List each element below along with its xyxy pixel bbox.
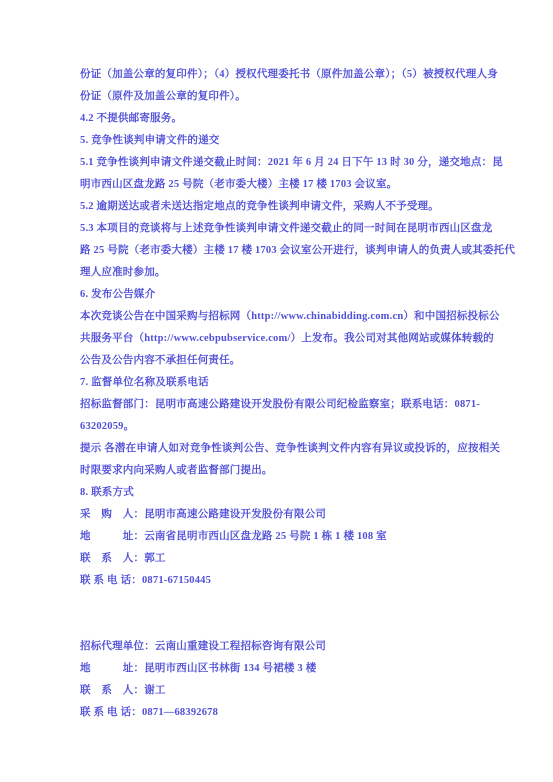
notice-line-2: 时限要求内向采购人或者监督部门提出。 xyxy=(80,460,480,482)
section-6-heading: 6. 发布公告媒介 xyxy=(80,284,480,306)
supervision-dept-line-1: 招标监督部门：昆明市高速公路建设开发股份有限公司纪检监察室；联系电话：0871- xyxy=(80,394,480,416)
announcement-media-line-1: 本次竞谈公告在中国采购与招标网（http://www.chinabidding.… xyxy=(80,306,480,328)
announcement-media-line-2: 共服务平台（http://www.cebpubservice.com/）上发布。… xyxy=(80,328,480,350)
clause-5-2: 5.2 逾期送达或者未送达指定地点的竞争性谈判申请文件，采购人不予受理。 xyxy=(80,196,480,218)
document-page: 份证（加盖公章的复印件）；（4）授权代理委托书（原件加盖公章）；（5）被授权代理… xyxy=(0,0,553,782)
supervision-dept-line-2: 63202059。 xyxy=(80,416,480,438)
clause-5-3-line-2: 路 25 号院（老市委大楼）主楼 17 楼 1703 会议室公开进行，谈判申请人… xyxy=(80,240,480,262)
clause-5-1-line-2: 明市西山区盘龙路 25 号院（老市委大楼）主楼 17 楼 1703 会议室。 xyxy=(80,174,480,196)
document-body: 份证（加盖公章的复印件）；（4）授权代理委托书（原件加盖公章）；（5）被授权代理… xyxy=(80,64,480,724)
section-5-heading: 5. 竞争性谈判申请文件的递交 xyxy=(80,130,480,152)
section-7-heading: 7. 监督单位名称及联系电话 xyxy=(80,372,480,394)
purchaser-contact: 联 系 人：郭工 xyxy=(80,548,480,570)
agent-address: 地 址：昆明市西山区书林街 134 号裙楼 3 楼 xyxy=(80,658,480,680)
notice-line-1: 提示 各潜在申请人如对竞争性谈判公告、竞争性谈判文件内容有异议或投诉的，应按相关 xyxy=(80,438,480,460)
clause-5-3-line-3: 理人应准时参加。 xyxy=(80,262,480,284)
purchaser-phone: 联 系 电 话：0871-67150445 xyxy=(80,570,480,592)
section-8-heading: 8. 联系方式 xyxy=(80,482,480,504)
agent-phone: 联 系 电 话：0871—68392678 xyxy=(80,702,480,724)
clause-4-2: 4.2 不提供邮寄服务。 xyxy=(80,108,480,130)
purchaser-name: 采 购 人：昆明市高速公路建设开发股份有限公司 xyxy=(80,504,480,526)
clause-5-1-line-1: 5.1 竞争性谈判申请文件递交截止时间：2021 年 6 月 24 日下午 13… xyxy=(80,152,480,174)
announcement-media-line-3: 公告及公告内容不承担任何责任。 xyxy=(80,350,480,372)
agent-name: 招标代理单位：云南山重建设工程招标咨询有限公司 xyxy=(80,636,480,658)
agent-contact: 联 系 人：谢工 xyxy=(80,680,480,702)
purchaser-address: 地 址：云南省昆明市西山区盘龙路 25 号院 1 栋 1 楼 108 室 xyxy=(80,526,480,548)
clause-5-3-line-1: 5.3 本项目的竞谈将与上述竞争性谈判申请文件递交截止的同一时间在昆明市西山区盘… xyxy=(80,218,480,240)
body-line-id-copy-1: 份证（加盖公章的复印件）；（4）授权代理委托书（原件加盖公章）；（5）被授权代理… xyxy=(80,64,480,86)
body-line-id-copy-2: 份证（原件及加盖公章的复印件）。 xyxy=(80,86,480,108)
